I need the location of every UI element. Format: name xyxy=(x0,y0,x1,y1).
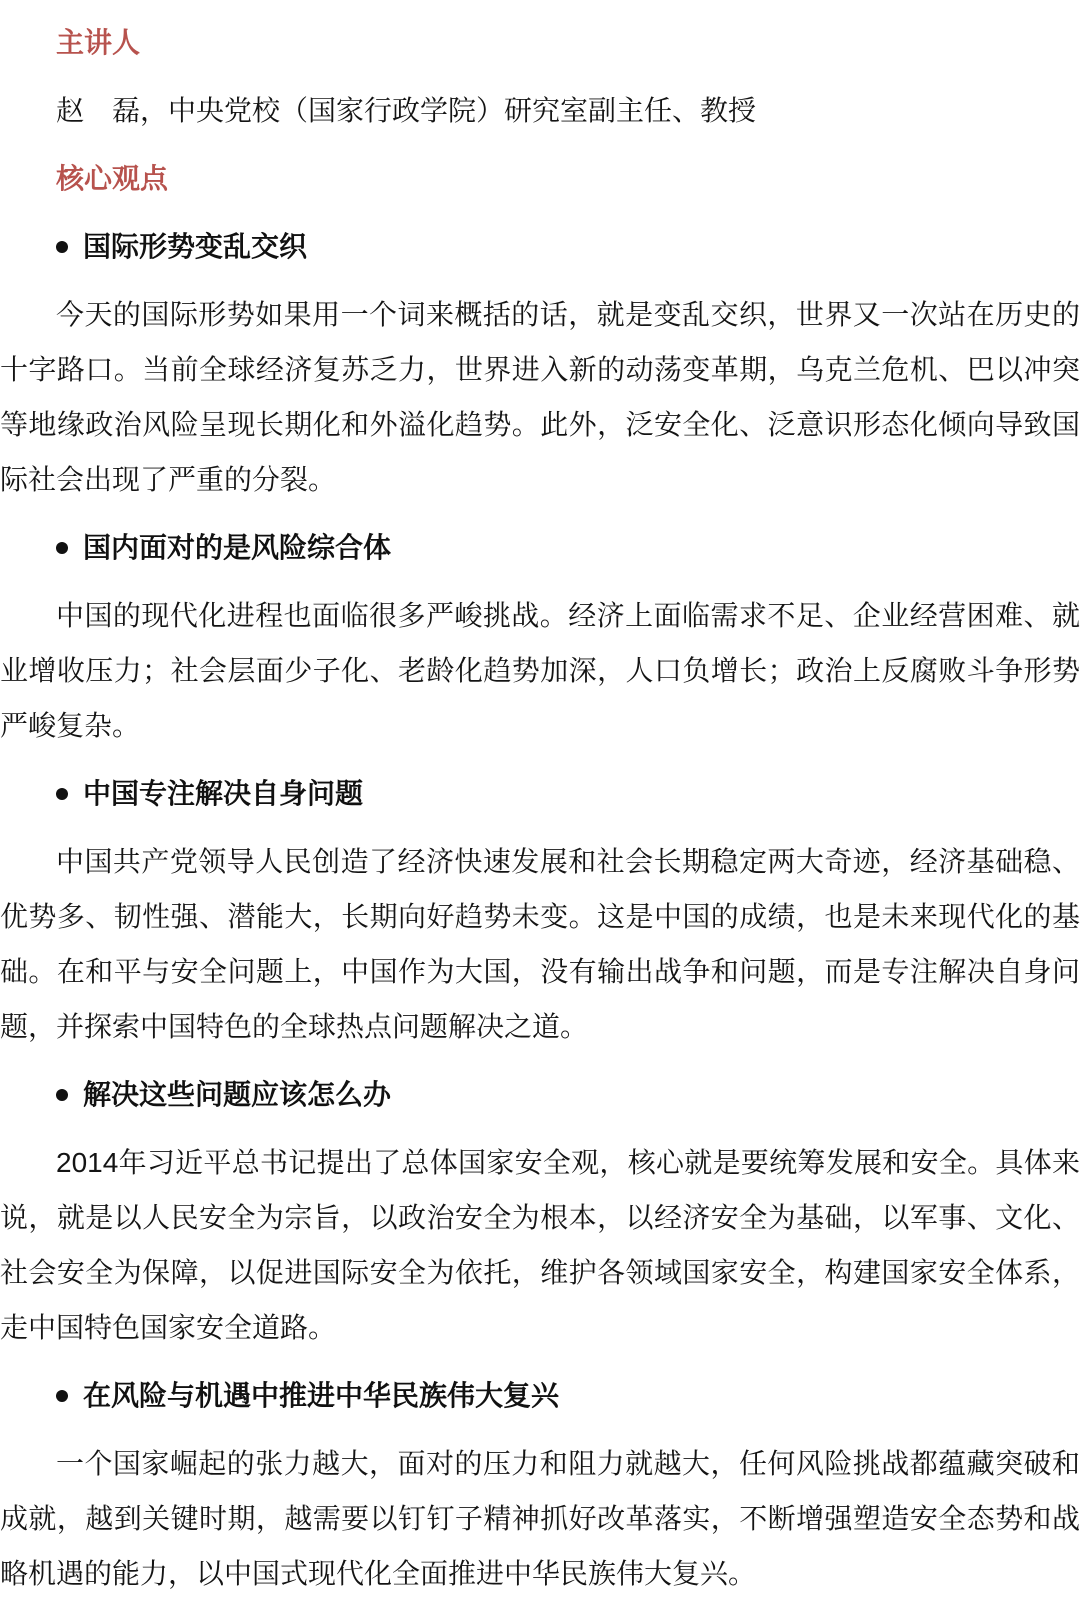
speaker-heading: 主讲人 xyxy=(0,15,1080,70)
core-points-heading: 核心观点 xyxy=(0,151,1080,206)
core-point-title: ●中国专注解决自身问题 xyxy=(0,766,1080,821)
core-point-title: ●在风险与机遇中推进中华民族伟大复兴 xyxy=(0,1368,1080,1423)
bullet-icon: ● xyxy=(56,542,68,554)
core-point-section: ●国内面对的是风险综合体 中国的现代化进程也面临很多严峻挑战。经济上面临需求不足… xyxy=(0,520,1080,753)
core-point-paragraph: 一个国家崛起的张力越大，面对的压力和阻力就越大，任何风险挑战都蕴藏突破和成就，越… xyxy=(0,1436,1080,1601)
core-point-title-text: 中国专注解决自身问题 xyxy=(83,778,363,809)
bullet-icon: ● xyxy=(56,788,68,800)
core-point-title-text: 解决这些问题应该怎么办 xyxy=(83,1079,391,1110)
bullet-icon: ● xyxy=(56,241,68,253)
bullet-icon: ● xyxy=(56,1390,68,1402)
core-point-section: ●中国专注解决自身问题 中国共产党领导人民创造了经济快速发展和社会长期稳定两大奇… xyxy=(0,766,1080,1054)
core-point-title: ●国际形势变乱交织 xyxy=(0,219,1080,274)
bullet-icon: ● xyxy=(56,1089,68,1101)
core-point-section: ●在风险与机遇中推进中华民族伟大复兴 一个国家崛起的张力越大，面对的压力和阻力就… xyxy=(0,1368,1080,1601)
core-point-paragraph: 中国的现代化进程也面临很多严峻挑战。经济上面临需求不足、企业经营困难、就业增收压… xyxy=(0,588,1080,753)
core-point-paragraph: 2014年习近平总书记提出了总体国家安全观，核心就是要统筹发展和安全。具体来说，… xyxy=(0,1135,1080,1355)
core-point-title-text: 国内面对的是风险综合体 xyxy=(83,532,391,563)
core-point-title-text: 国际形势变乱交织 xyxy=(83,231,307,262)
core-point-title: ●国内面对的是风险综合体 xyxy=(0,520,1080,575)
core-point-section: ●解决这些问题应该怎么办 2014年习近平总书记提出了总体国家安全观，核心就是要… xyxy=(0,1067,1080,1355)
speaker-line: 赵 磊，中央党校（国家行政学院）研究室副主任、教授 xyxy=(0,83,1080,138)
core-point-section: ●国际形势变乱交织 今天的国际形势如果用一个词来概括的话，就是变乱交织，世界又一… xyxy=(0,219,1080,507)
core-point-title: ●解决这些问题应该怎么办 xyxy=(0,1067,1080,1122)
core-point-paragraph: 今天的国际形势如果用一个词来概括的话，就是变乱交织，世界又一次站在历史的十字路口… xyxy=(0,287,1080,507)
core-point-paragraph: 中国共产党领导人民创造了经济快速发展和社会长期稳定两大奇迹，经济基础稳、优势多、… xyxy=(0,834,1080,1054)
article-body: 主讲人 赵 磊，中央党校（国家行政学院）研究室副主任、教授 核心观点 ●国际形势… xyxy=(0,15,1080,1601)
core-point-title-text: 在风险与机遇中推进中华民族伟大复兴 xyxy=(83,1380,559,1411)
core-points-list: ●国际形势变乱交织 今天的国际形势如果用一个词来概括的话，就是变乱交织，世界又一… xyxy=(0,219,1080,1601)
